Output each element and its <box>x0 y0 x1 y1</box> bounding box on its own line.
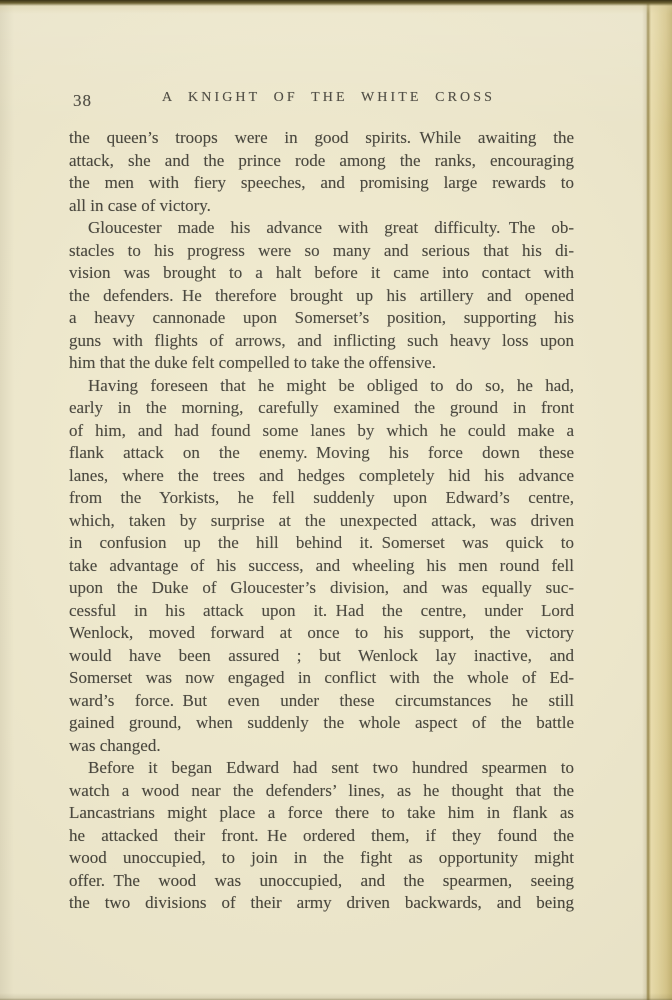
text-line: Wenlock, moved forward at once to his su… <box>69 622 574 645</box>
text-line: early in the morning, carefully examined… <box>69 397 574 420</box>
text-line: flank attack on the enemy. Moving his fo… <box>69 442 574 465</box>
running-title: A KNIGHT OF THE WHITE CROSS <box>69 90 574 106</box>
paragraph: Before it began Edward had sent two hund… <box>69 757 574 915</box>
text-line: Gloucester made his advance with great d… <box>69 217 574 240</box>
text-line: he attacked their front. He ordered them… <box>69 825 574 848</box>
text-line: Having foreseen that he might be obliged… <box>69 375 574 398</box>
text-line: the defenders. He therefore brought up h… <box>69 285 574 308</box>
page-number: 38 <box>73 91 92 111</box>
book-fore-edge <box>642 0 672 1000</box>
body-text: the queen’s troops were in good spirits.… <box>69 127 574 915</box>
text-line: would have been assured ; but Wenlock la… <box>69 645 574 668</box>
text-line: the two divisions of their army driven b… <box>69 892 574 915</box>
text-line: in confusion up the hill behind it. Some… <box>69 532 574 555</box>
text-line: ward’s force. But even under these circu… <box>69 690 574 713</box>
text-line: the queen’s troops were in good spirits.… <box>69 127 574 150</box>
page-header: 38 A KNIGHT OF THE WHITE CROSS <box>69 90 574 110</box>
text-line: all in case of victory. <box>69 195 574 218</box>
text-line: which, taken by surprise at the unexpect… <box>69 510 574 533</box>
text-line: was changed. <box>69 735 574 758</box>
text-line: upon the Duke of Gloucester’s division, … <box>69 577 574 600</box>
paragraph: the queen’s troops were in good spirits.… <box>69 127 574 217</box>
text-line: guns with flights of arrows, and inflict… <box>69 330 574 353</box>
paragraph: Having foreseen that he might be obliged… <box>69 375 574 758</box>
text-line: Lancastrians might place a force there t… <box>69 802 574 825</box>
text-line: Somerset was now engaged in conflict wit… <box>69 667 574 690</box>
text-line: cessful in his attack upon it. Had the c… <box>69 600 574 623</box>
text-line: vision was brought to a halt before it c… <box>69 262 574 285</box>
text-line: gained ground, when suddenly the whole a… <box>69 712 574 735</box>
text-line: from the Yorkists, he fell suddenly upon… <box>69 487 574 510</box>
text-line: offer. The wood was unoccupied, and the … <box>69 870 574 893</box>
text-line: the men with fiery speeches, and promisi… <box>69 172 574 195</box>
text-line: wood unoccupied, to join in the fight as… <box>69 847 574 870</box>
scanned-book-page: 38 A KNIGHT OF THE WHITE CROSS the queen… <box>0 0 672 1000</box>
text-line: lanes, where the trees and hedges comple… <box>69 465 574 488</box>
text-line: take advantage of his success, and wheel… <box>69 555 574 578</box>
text-line: Before it began Edward had sent two hund… <box>69 757 574 780</box>
text-line: a heavy cannonade upon Somerset’s positi… <box>69 307 574 330</box>
page-content: 38 A KNIGHT OF THE WHITE CROSS the queen… <box>69 90 574 915</box>
text-line: him that the duke felt compelled to take… <box>69 352 574 375</box>
paragraph: Gloucester made his advance with great d… <box>69 217 574 375</box>
text-line: attack, she and the prince rode among th… <box>69 150 574 173</box>
text-line: stacles to his progress were so many and… <box>69 240 574 263</box>
text-line: watch a wood near the defenders’ lines, … <box>69 780 574 803</box>
text-line: of him, and had found some lanes by whic… <box>69 420 574 443</box>
